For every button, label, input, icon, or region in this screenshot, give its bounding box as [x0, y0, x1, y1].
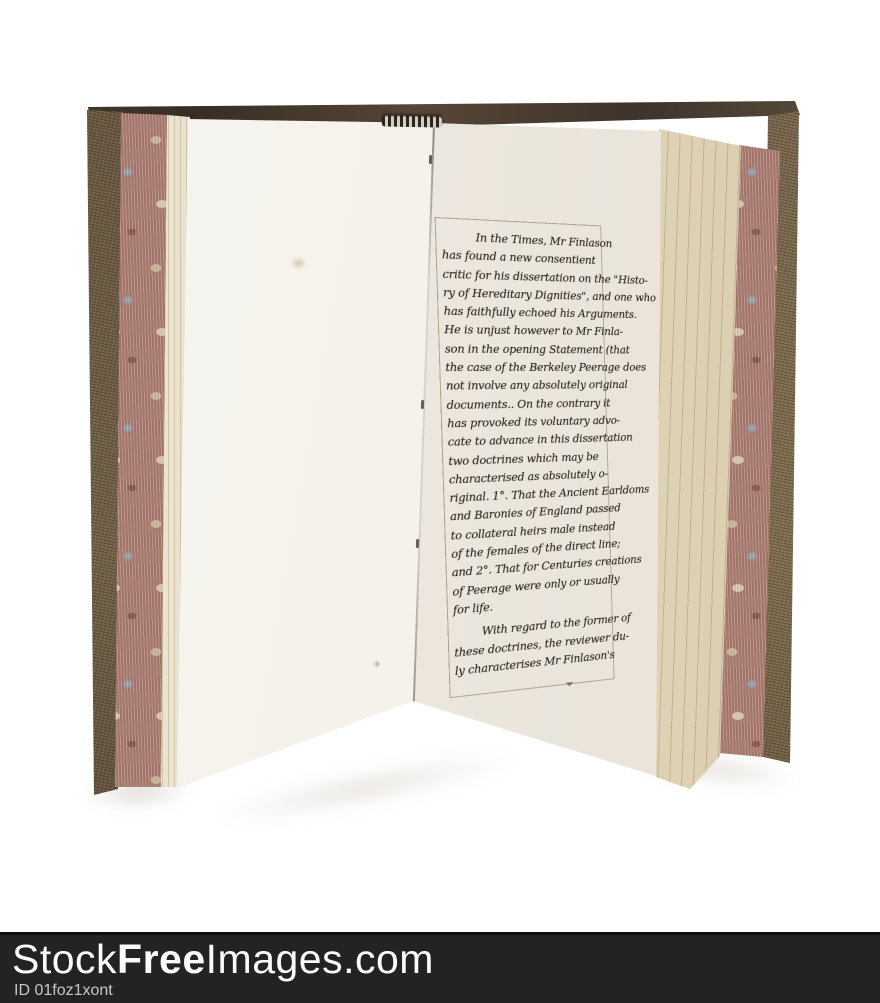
watermark-site-name: StockFreeImages.com: [12, 936, 434, 983]
manuscript-line: He is unjust however to Mr Finla-: [444, 321, 604, 341]
headband: [382, 115, 442, 127]
stock-photo-canvas: In the Times, Mr Finlason has found a ne…: [0, 0, 880, 1003]
watermark-bar: StockFreeImages.com ID 01foz1xont: [0, 932, 880, 1003]
foxing-spot: [375, 662, 379, 666]
frame-caret-mark: [566, 682, 574, 687]
watermark-site-bold: Free: [117, 936, 206, 982]
gutter-stitch: [421, 400, 424, 409]
watermark-image-id: ID 01foz1xont: [14, 982, 113, 1000]
manuscript-line: not involve any absolutely original: [446, 377, 605, 396]
gutter-stitch: [429, 155, 432, 164]
foxing-spot: [293, 259, 304, 267]
open-book: In the Times, Mr Finlason has found a ne…: [0, 0, 880, 1003]
watermark-site-prefix: Stock: [12, 936, 117, 982]
gutter-stitch: [416, 539, 419, 548]
manuscript-line: the case of the Berkeley Peerage does: [445, 359, 605, 378]
manuscript-line: has faithfully echoed his Arguments.: [443, 303, 603, 324]
watermark-site-suffix: Images.com: [206, 936, 434, 982]
manuscript-sheet: In the Times, Mr Finlason has found a ne…: [435, 217, 615, 698]
manuscript-line: son in the opening Statement (that: [445, 340, 605, 359]
